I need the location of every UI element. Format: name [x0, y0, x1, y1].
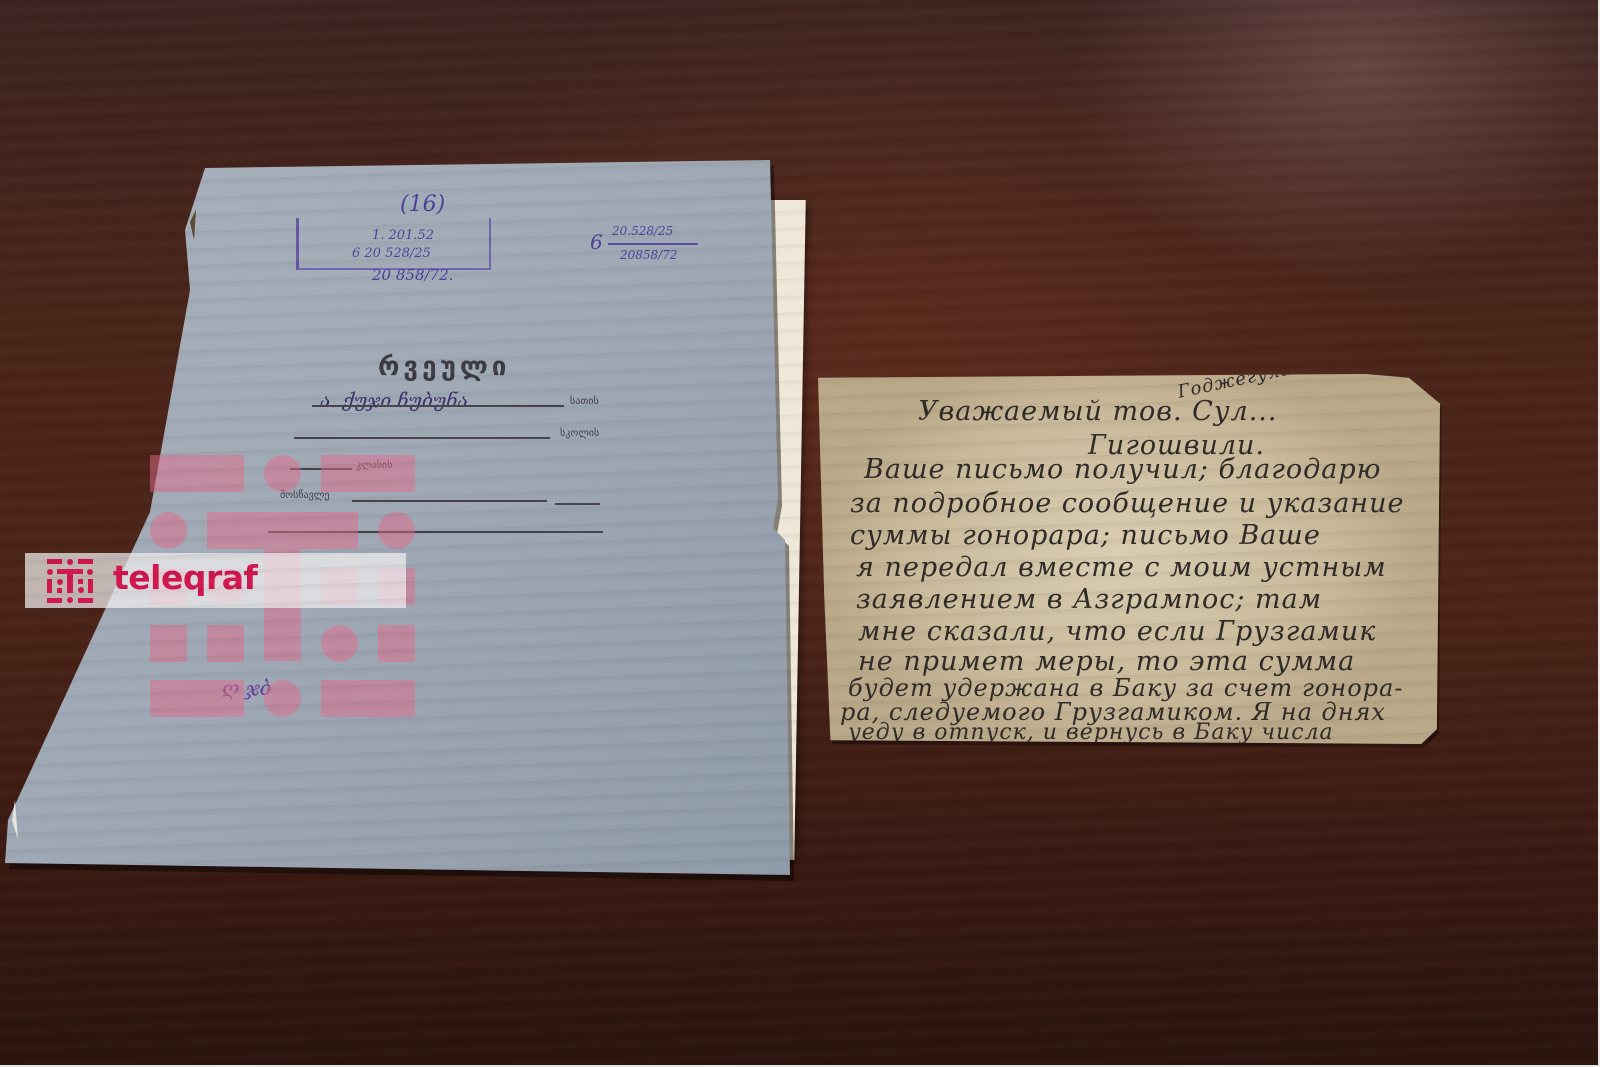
archive-ref-divider — [608, 243, 698, 245]
letter-line-7: заявлением в Азгрампос; там — [856, 584, 1322, 615]
letter-line-8: мне сказали, что если Грузгамик — [858, 616, 1376, 647]
wooden-table-background: (16) 1. 201.52 6 20 528/25 20 858/72. 6 … — [0, 0, 1598, 1065]
letter-line-1: Уважаемый тов. Сул... — [918, 396, 1277, 427]
watermark-brand-name: teleqraf — [113, 558, 257, 597]
notebook-title: რვეული — [378, 352, 510, 382]
watermark-banner: teleqraf — [25, 553, 406, 608]
archive-ref-denominator: 20858/72 — [620, 248, 678, 262]
handwritten-subject: ა. ქუჯი ჩუბუნა — [320, 390, 468, 412]
stamp-line-3: 20 858/72. — [372, 266, 453, 284]
label-subject: სათის — [570, 396, 599, 407]
student-line-2 — [555, 503, 600, 505]
stamp-line-2: 6 20 528/25 — [352, 246, 431, 261]
school-line — [294, 437, 550, 439]
archive-stamp — [296, 218, 491, 270]
letter-line-4: за подробное сообщение и указание — [850, 488, 1404, 519]
letter-line-6: я передал вместе с моим устным — [856, 552, 1387, 583]
stamp-line-1: 1. 201.52 — [372, 228, 434, 243]
teleqraf-grid-logo-icon — [47, 559, 95, 603]
archive-ref-numerator: 20.528/25 — [612, 224, 673, 238]
letter-line-3: Ваше письмо получил; благодарю — [864, 454, 1381, 485]
notebook-inner-pages — [694, 200, 806, 860]
letter-line-5: суммы гонорара; письмо Ваше — [850, 520, 1321, 551]
handwritten-letter: Годжегула Уважаемый тов. Сул... Гигошвил… — [818, 374, 1440, 744]
letter-line-9: не примет меры, то эта сумма — [858, 646, 1355, 677]
stamp-number: (16) — [400, 192, 445, 217]
archive-ref-prefix: 6 — [590, 230, 603, 254]
label-school: სკოლის — [560, 428, 599, 439]
